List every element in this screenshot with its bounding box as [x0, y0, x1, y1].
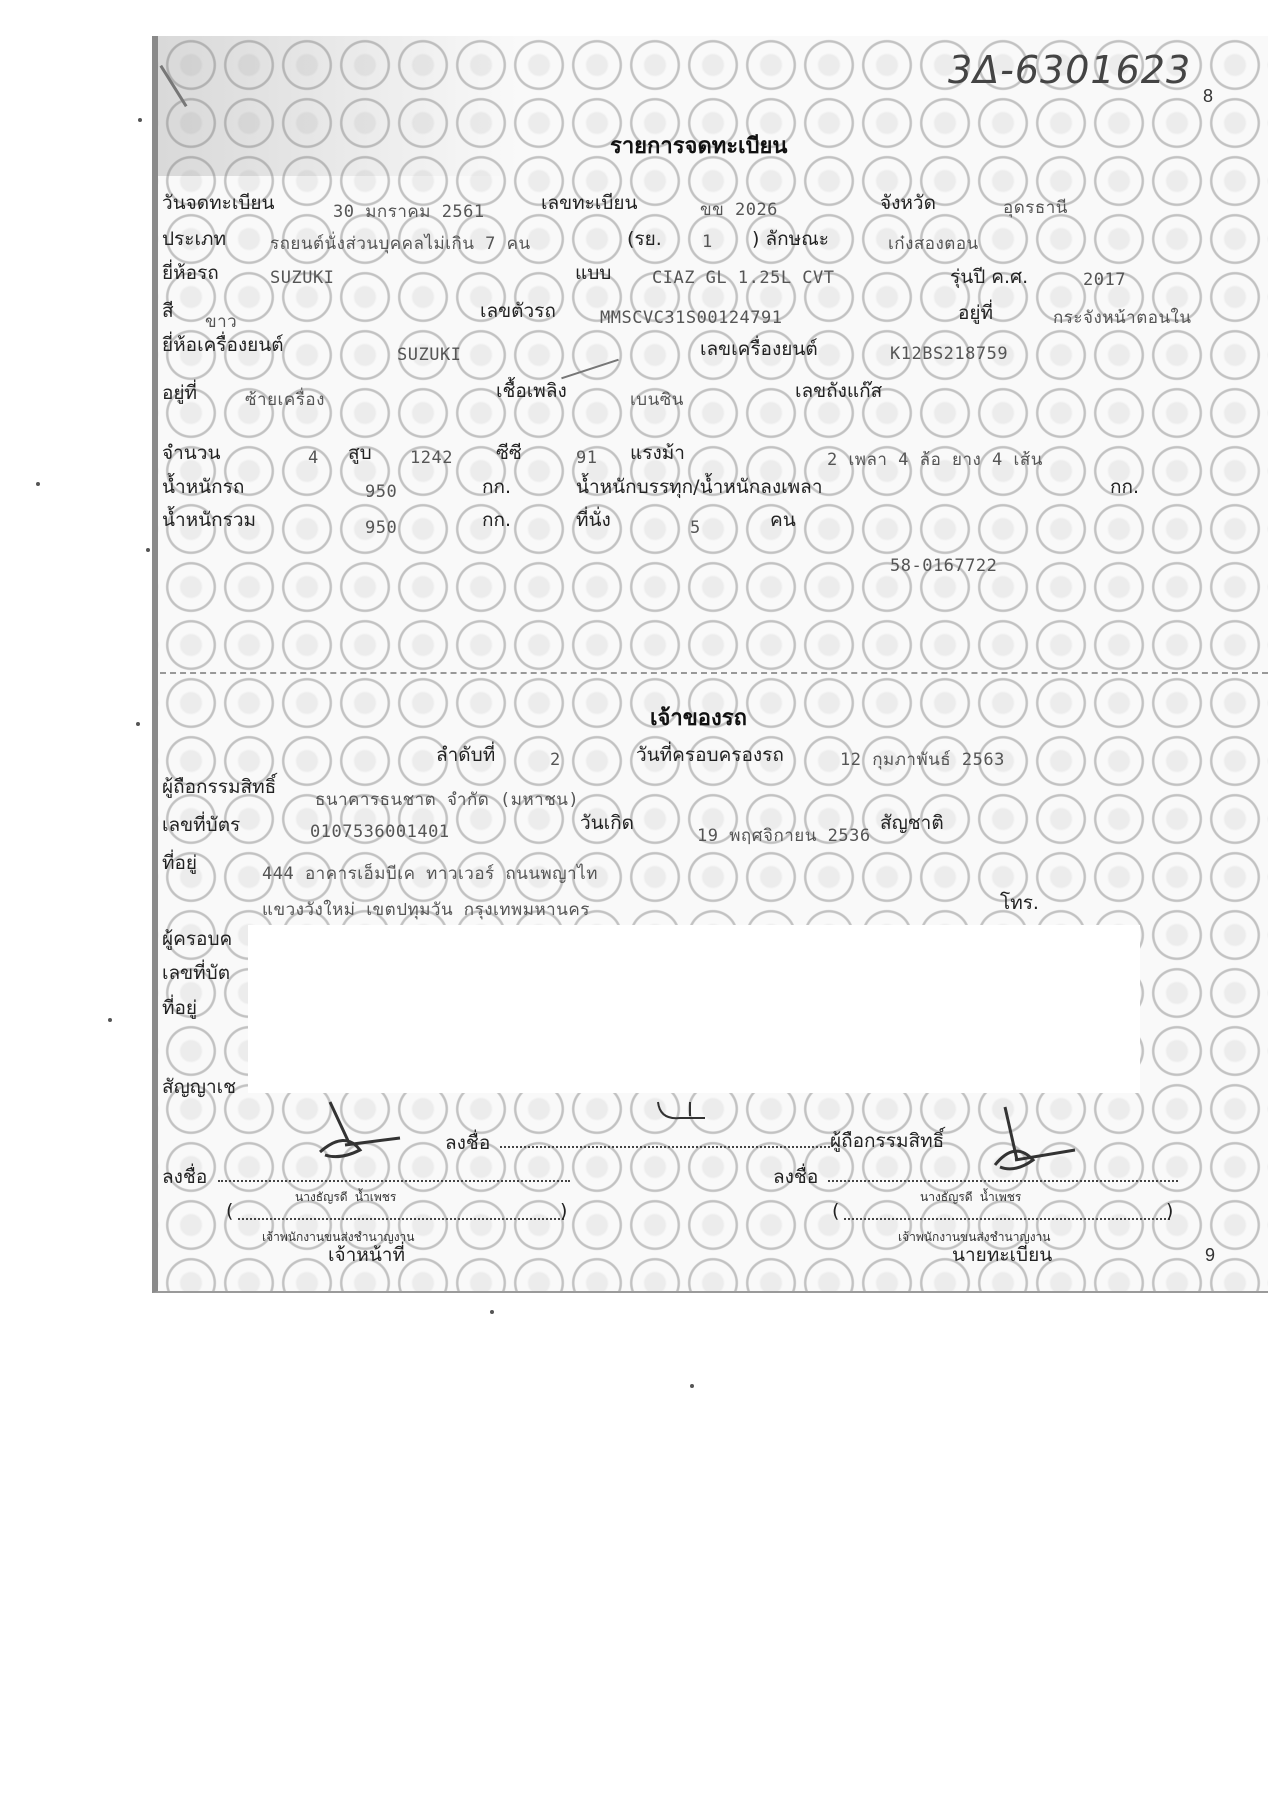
scan-speck	[36, 482, 40, 486]
owner-sign-line	[500, 1146, 830, 1148]
engine-location-value: ซ้ายเครื่อง	[245, 386, 325, 413]
officer-name-line-left	[238, 1218, 564, 1220]
signature-left-top	[300, 1100, 410, 1170]
seats-unit: คน	[770, 505, 796, 535]
fuel-value: เบนซิน	[630, 386, 684, 413]
paren-close-left: )	[560, 1200, 567, 1222]
scan-speck	[138, 118, 142, 122]
province-label: จังหวัด	[880, 188, 936, 218]
engine-brand-label: ยี่ห้อเครื่องยนต์	[162, 330, 284, 360]
model-label: แบบ	[575, 258, 611, 288]
cylinders-label: จำนวน	[162, 438, 220, 468]
scan-speck	[690, 1384, 694, 1388]
serial-number: 58-0167722	[890, 556, 997, 576]
owner-sign-suffix: ผู้ถือกรรมสิทธิ์	[830, 1126, 944, 1156]
plate-value: ขข 2026	[700, 196, 778, 223]
officer-sign-label-right: ลงชื่อ	[773, 1162, 818, 1192]
ry-label: (รย.	[627, 224, 662, 254]
birth-value: 19 พฤศจิกายน 2536	[697, 822, 871, 849]
seats-value: 5	[690, 518, 701, 538]
nationality-label: สัญชาติ	[880, 808, 944, 838]
payload-label: น้ำหนักบรรทุก/น้ำหนักลงเพลา	[576, 472, 823, 502]
officer-sign-line-right	[828, 1180, 1178, 1182]
engine-location-label: อยู่ที่	[162, 378, 197, 408]
type-value: รถยนต์นั่งส่วนบุคคลไม่เกิน 7 คน	[270, 230, 531, 257]
officer-name-left: นางธัญรดี น้ำเพชร	[295, 1188, 396, 1207]
gross-weight-label: น้ำหนักรวม	[162, 505, 256, 535]
axles-value: 2 เพลา 4 ล้อ ยาง 4 เส้น	[827, 446, 1043, 473]
paren-open-left: (	[226, 1200, 233, 1222]
cc-label: ซีซี	[496, 438, 522, 468]
officer-sign-line-left	[218, 1180, 570, 1182]
possessor-address-label: ที่อยู่	[162, 993, 197, 1023]
gross-weight-value: 950	[365, 518, 397, 538]
section-title-owner: เจ้าของรถ	[650, 700, 747, 735]
brand-value: SUZUKI	[270, 268, 334, 288]
phone-label: โทร.	[1000, 888, 1039, 918]
section-divider	[160, 672, 1268, 674]
gross-weight-unit: กก.	[482, 505, 511, 535]
scan-speck	[108, 1018, 112, 1022]
paren-close-right: )	[1166, 1200, 1173, 1222]
possession-date-label: วันที่ครอบครองรถ	[636, 740, 784, 770]
payload-unit: กก.	[1110, 472, 1139, 502]
address-line-2: แขวงวังใหม่ เขตปทุมวัน กรุงเทพมหานคร	[262, 896, 590, 923]
style-label: ) ลักษณะ	[752, 224, 829, 254]
chassis-location-label: อยู่ที่	[958, 298, 993, 328]
cylinders-value: 4	[308, 448, 319, 468]
chassis-location-value: กระจังหน้าตอนใน	[1053, 304, 1191, 331]
id-label: เลขที่บัตร	[162, 810, 240, 840]
chassis-label: เลขตัวรถ	[480, 296, 556, 326]
id-value: 0107536001401	[310, 822, 450, 842]
brand-label: ยี่ห้อรถ	[162, 258, 219, 288]
registration-date-label: วันจดทะเบียน	[162, 188, 275, 218]
order-value: 2	[550, 750, 561, 770]
style-value: เก๋งสองตอน	[888, 230, 979, 257]
model-year-value: 2017	[1083, 270, 1126, 290]
officer-name-right: นางธัญรดี น้ำเพชร	[920, 1188, 1021, 1207]
birth-label: วันเกิด	[580, 808, 634, 838]
fuel-label: เชื้อเพลิง	[496, 376, 567, 406]
model-value: CIAZ GL 1.25L CVT	[652, 268, 835, 288]
scan-speck	[490, 1310, 494, 1314]
province-value: อุดรธานี	[1003, 194, 1068, 221]
paren-open-right: (	[832, 1200, 839, 1222]
hp-label: แรงม้า	[630, 438, 685, 468]
handwritten-reference-number: 3Δ-6301623	[948, 48, 1191, 92]
scan-speck	[136, 722, 140, 726]
page-number-top: 8	[1203, 86, 1213, 107]
chassis-value: MMSCVC31S00124791	[600, 308, 783, 328]
registration-date-value: 30 มกราคม 2561	[333, 198, 485, 225]
scan-speck	[146, 548, 150, 552]
seats-label: ที่นั่ง	[576, 505, 611, 535]
officer-sign-label-left: ลงชื่อ	[162, 1162, 207, 1192]
signature-right	[975, 1105, 1085, 1185]
officer-name-line-right	[844, 1218, 1170, 1220]
plate-label: เลขทะเบียน	[541, 188, 638, 218]
role-left: เจ้าหน้าที่	[328, 1240, 405, 1270]
contract-label: สัญญาเช	[162, 1072, 236, 1102]
possessor-label: ผู้ครอบค	[162, 924, 232, 954]
cylinders-unit: สูบ	[348, 438, 372, 468]
color-label: สี	[162, 296, 174, 326]
order-label: ลำดับที่	[436, 740, 495, 770]
weight-label: น้ำหนักรถ	[162, 472, 244, 502]
weight-unit: กก.	[482, 472, 511, 502]
model-year-label: รุ่นปี ค.ศ.	[950, 262, 1028, 292]
signature-center-mark	[650, 1100, 710, 1140]
ry-value: 1	[702, 232, 713, 252]
address-label: ที่อยู่	[162, 848, 197, 878]
type-label: ประเภท	[162, 224, 226, 254]
owner-label: ผู้ถือกรรมสิทธิ์	[162, 772, 276, 802]
weight-value: 950	[365, 482, 397, 502]
engine-brand-value: SUZUKI	[397, 345, 461, 365]
redacted-area	[248, 925, 1140, 1093]
owner-value: ธนาคารธนชาต จำกัด (มหาชน)	[315, 786, 579, 813]
section-title-registration: รายการจดทะเบียน	[610, 128, 787, 163]
gas-tank-label: เลขถังแก๊ส	[795, 376, 882, 406]
role-right: นายทะเบียน	[952, 1240, 1052, 1270]
page-number-bottom: 9	[1205, 1245, 1215, 1266]
cc-value: 1242	[410, 448, 453, 468]
address-line-1: 444 อาคารเอ็มบีเค ทาวเวอร์ ถนนพญาไท	[262, 860, 598, 887]
hp-value: 91	[576, 448, 597, 468]
possession-date-value: 12 กุมภาพันธ์ 2563	[840, 746, 1005, 773]
engine-number-value: K12BS218759	[890, 344, 1008, 364]
possessor-id-label: เลขที่บัต	[162, 958, 230, 988]
owner-sign-label: ลงชื่อ	[445, 1128, 490, 1158]
engine-number-label: เลขเครื่องยนต์	[700, 334, 818, 364]
